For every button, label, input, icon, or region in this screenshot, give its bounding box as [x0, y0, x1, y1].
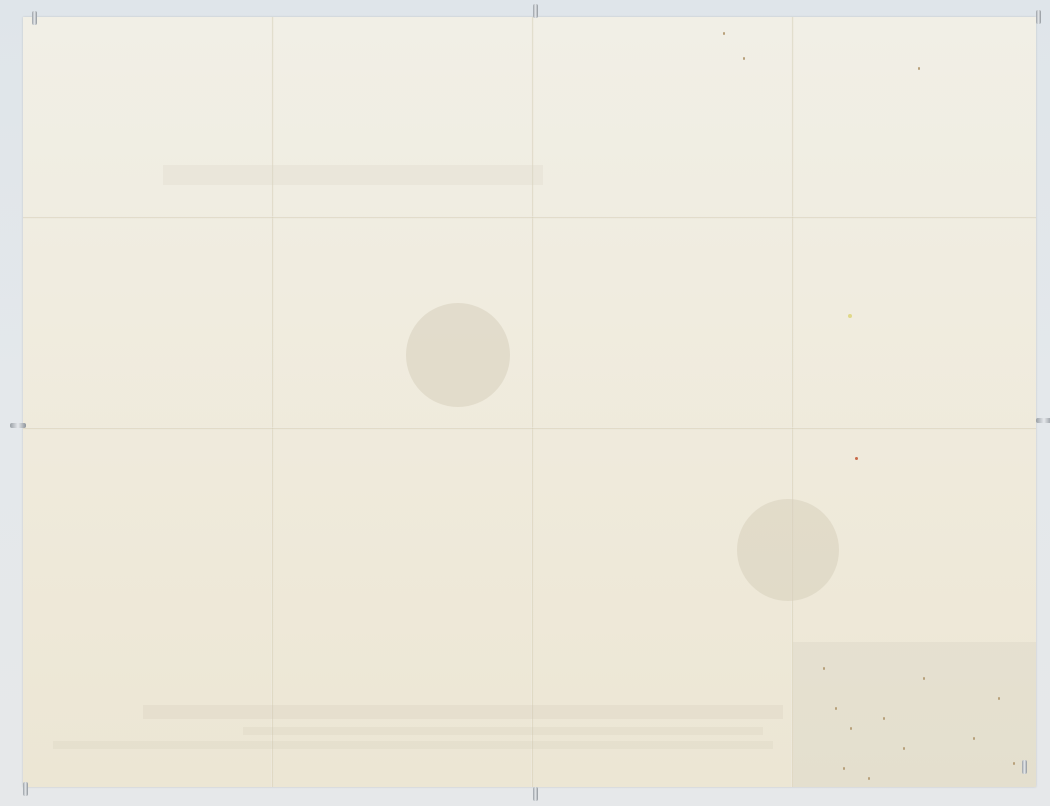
- ghost-title-band: [163, 165, 543, 185]
- foxing-speck: [1013, 762, 1015, 765]
- foxing-speck: [843, 767, 845, 770]
- yellow-spot: [848, 314, 852, 318]
- foxing-speck: [850, 727, 852, 730]
- foxed-panel: [793, 642, 1036, 787]
- fold-line-vertical-2: [531, 17, 534, 787]
- foxing-speck: [998, 697, 1000, 700]
- fold-line-horizontal-1: [23, 216, 1036, 219]
- foxing-speck: [723, 32, 725, 35]
- foxing-speck: [743, 57, 745, 60]
- ghost-billing-band-2: [243, 727, 763, 735]
- pin-bottom-left: [23, 782, 28, 796]
- foxing-speck: [883, 717, 885, 720]
- poster-back: [23, 17, 1036, 787]
- foxing-speck: [868, 777, 870, 780]
- red-spot: [855, 457, 858, 460]
- pin-right-middle: [1036, 418, 1050, 423]
- pin-top-center: [533, 4, 538, 18]
- foxing-speck: [918, 67, 920, 70]
- pin-top-right: [1036, 10, 1041, 24]
- fold-line-horizontal-2: [23, 427, 1036, 430]
- foxing-speck: [835, 707, 837, 710]
- circular-stain-left: [406, 303, 510, 407]
- pin-left-middle: [10, 423, 26, 428]
- foxing-speck: [903, 747, 905, 750]
- fold-line-vertical-1: [271, 17, 274, 787]
- pin-bottom-right: [1022, 760, 1027, 774]
- foxing-speck: [823, 667, 825, 670]
- foxing-speck: [923, 677, 925, 680]
- ghost-billing-band-3: [53, 741, 773, 749]
- ghost-billing-band-1: [143, 705, 783, 719]
- pin-top-left: [32, 11, 37, 25]
- pin-bottom-center: [533, 787, 538, 801]
- foxing-speck: [973, 737, 975, 740]
- circular-stain-right: [737, 499, 839, 601]
